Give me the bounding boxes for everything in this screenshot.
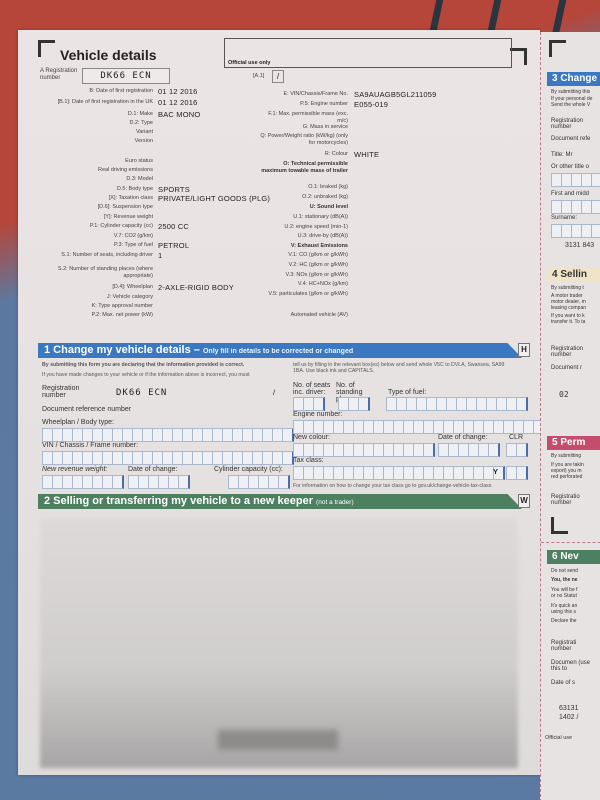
date-of-change-label: Date of change: — [128, 466, 177, 473]
field-label: [Y]: Revenue weight — [38, 214, 153, 221]
a1-value: / — [272, 70, 284, 83]
s6-docref-label: Documen (use this to — [551, 660, 600, 672]
s5-line: By submitting — [551, 453, 581, 459]
field-label: P.5: Engine number — [258, 101, 348, 108]
registration-label: A Registration number — [40, 68, 80, 81]
field-label: U.3: drive-by (dB(A)) — [258, 233, 348, 240]
s1-registration-value: DK66 ECN — [116, 388, 167, 398]
s3-docref-label: Document refe — [551, 136, 590, 142]
field-label: [D.4]: Wheelplan — [38, 284, 153, 291]
s3-other-title-label: Or other title o — [551, 164, 589, 170]
s6-official-use: Official use — [545, 735, 572, 741]
field-value: 2500 CC — [158, 222, 189, 231]
seats-label: No. of seats inc. driver: — [293, 382, 333, 396]
s1-registration-suffix: / — [273, 388, 275, 397]
s6-line: using this s — [551, 609, 576, 615]
s6-line: or no Statut — [551, 593, 577, 599]
s5-line: red perforated — [551, 474, 582, 480]
vin-label: VIN / Chassis / Frame number: — [42, 442, 138, 449]
field-label: B: Date of first registration — [38, 88, 153, 95]
field-label: V.4: HC+NOx (g/km) — [258, 281, 348, 288]
field-value: BAC MONO — [158, 110, 200, 119]
field-label: S.2: Number of standing places (where ap… — [38, 266, 153, 279]
fuel-input[interactable] — [386, 397, 528, 409]
field-label: D.1: Make — [38, 111, 153, 118]
registration-number: DK66 ECN — [82, 68, 170, 84]
s3-line: Send the whole V — [551, 102, 590, 108]
field-value: PRIVATE/LIGHT GOODS (PLG) — [158, 194, 270, 203]
field-label: Version — [38, 138, 153, 145]
field-value: 1 — [158, 251, 162, 260]
revenue-weight-input[interactable] — [42, 475, 124, 487]
colour-date-label: Date of change: — [438, 434, 487, 441]
field-label: V.1: CO (g/km or g/kWh) — [258, 252, 348, 259]
section-2-title: 2 Selling or transferring my vehicle to … — [44, 495, 313, 507]
corner-mark — [510, 48, 527, 65]
field-value: 01 12 2016 — [158, 98, 198, 107]
field-label: F.1: Max. permissible mass (exc. m/c) — [258, 111, 348, 124]
s6-line: You, the ne — [551, 577, 578, 583]
engine-number-label: Engine number: — [293, 411, 342, 418]
s6-code: 1402 / — [559, 714, 578, 721]
tax-class-extra-input[interactable] — [506, 466, 528, 478]
field-value: 2-AXLE-RIGID BODY — [158, 283, 234, 292]
s6-line: Do not send — [551, 568, 578, 574]
fuel-label: Type of fuel: — [388, 389, 426, 396]
standing-places-input[interactable] — [338, 397, 370, 409]
field-label: Real driving emissions — [38, 167, 153, 174]
field-label: Q: Power/Weight ratio (kW/kg) (only for … — [258, 133, 348, 146]
section-2-subtitle: (not a trader) — [316, 499, 354, 506]
instruction-text-b: tell us by filling in the relevant box(e… — [293, 362, 513, 374]
field-label: G: Mass in service — [258, 124, 348, 131]
field-label: V.3: NOx (g/km or g/kWh) — [258, 272, 348, 279]
s4-docref-label: Document r — [551, 365, 582, 371]
field-label: [D.6]: Suspension type — [38, 204, 153, 211]
field-label: V.7: CO2 (g/km) — [38, 233, 153, 240]
corner-mark — [549, 40, 566, 57]
section-6-header: 6 Nev — [547, 550, 600, 564]
corner-mark — [38, 40, 55, 57]
official-use-box: Official use only — [224, 38, 512, 68]
field-value: WHITE — [354, 150, 379, 159]
s4-line: transfer it. To ta — [551, 319, 585, 325]
s4-line: By submitting t — [551, 285, 584, 291]
s3-surname-label: Surname: — [551, 215, 577, 221]
section-3-header: 3 Change — [547, 72, 600, 86]
s3-first-name-label: First and midd — [551, 191, 589, 197]
adjacent-page: 3 Change By submitting this If your pers… — [540, 32, 600, 800]
tax-class-suffix: Y — [493, 467, 498, 476]
field-label: P.3: Type of fuel — [38, 242, 153, 249]
s4-code: 02 — [559, 390, 569, 399]
field-label: D.5: Body type — [38, 186, 153, 193]
field-label: V.2: HC (g/km or g/kWh) — [258, 262, 348, 269]
colour-date-input[interactable] — [438, 443, 500, 455]
field-label: V.5: particulates (g/km or g/kWh) — [258, 291, 348, 298]
declaration-text: By submitting this form you are declarin… — [42, 362, 244, 368]
cylinder-capacity-input[interactable] — [228, 475, 290, 487]
field-label: D.3: Model — [38, 176, 153, 183]
section-1-subtitle: Only fill in details to be corrected or … — [203, 348, 353, 355]
clr-input[interactable] — [506, 443, 528, 455]
new-colour-label: New colour: — [293, 434, 330, 441]
section-1-header: 1 Change my vehicle details – Only fill … — [38, 343, 522, 358]
clr-label: CLR — [509, 434, 523, 441]
field-label: P.1: Cylinder capacity (cc) — [38, 223, 153, 230]
date-of-change-input[interactable] — [128, 475, 190, 487]
tax-class-input[interactable] — [293, 466, 505, 478]
section-1-tag: H — [518, 343, 530, 357]
page-title: Vehicle details — [60, 47, 157, 63]
s1-registration-label: Registration number — [42, 385, 82, 399]
field-label: U: Sound level — [258, 204, 348, 211]
section-4-header: 4 Sellin — [547, 268, 600, 282]
s3-first-name-input[interactable] — [551, 200, 600, 212]
s6-code: 63131 — [559, 705, 578, 712]
field-label: K: Type approval number — [38, 303, 153, 310]
s3-registration-label: Registration number — [551, 118, 591, 130]
v5c-document-page: Vehicle details Official use only [A.1] … — [18, 30, 540, 775]
field-label: O.1: braked (kg) — [258, 184, 348, 191]
vin-input[interactable] — [42, 451, 294, 463]
field-label: O: Technical permissible maximum towable… — [258, 161, 348, 174]
instruction-text-a: If you have made changes to your vehicle… — [42, 372, 250, 378]
s4-registration-label: Registration number — [551, 346, 591, 358]
field-label: O.2: unbraked (kg) — [258, 194, 348, 201]
field-label: [B.1]: Date of first registration in the… — [38, 99, 153, 106]
section-1-title: 1 Change my vehicle details – — [44, 344, 200, 356]
s3-surname-input[interactable] — [551, 224, 600, 236]
field-value: PETROL — [158, 241, 189, 250]
field-label: P.2: Max. net power (kW) — [38, 312, 153, 319]
field-label: D.2: Type — [38, 120, 153, 127]
s6-date-label: Date of s — [551, 680, 575, 686]
revenue-weight-label: New revenue weight: — [42, 466, 107, 473]
s5-registration-label: Registratio number — [551, 494, 591, 506]
s3-other-title-input[interactable] — [551, 173, 600, 185]
field-label: E: VIN/Chassis/Frame No. — [258, 91, 348, 98]
official-use-label: Official use only — [228, 60, 270, 66]
corner-mark — [551, 517, 568, 534]
s3-line: By submitting this — [551, 89, 590, 95]
field-label: [X]: Taxation class — [38, 195, 153, 202]
new-colour-input[interactable] — [293, 443, 435, 455]
s3-title-label: Title: Mr — [551, 152, 572, 158]
tax-class-label: Tax class: — [293, 457, 324, 464]
field-label: U.1: stationary (dB(A)) — [258, 214, 348, 221]
field-value: SPORTS — [158, 185, 190, 194]
field-label: U.2: engine speed (min-1) — [258, 224, 348, 231]
field-label: Automated vehicle (AV) — [258, 312, 348, 319]
cylinder-capacity-label: Cylinder capacity (cc): — [214, 466, 283, 473]
field-value: E055-019 — [354, 100, 388, 109]
seats-input[interactable] — [293, 397, 325, 409]
field-label: S.1: Number of seats, including driver — [38, 252, 153, 259]
field-label: R: Colour — [258, 151, 348, 158]
s3-code: 3131 843 — [565, 242, 594, 249]
doc-ref-label: Document reference number — [42, 406, 131, 413]
field-value: SA9AUAGB5GL211059 — [354, 90, 436, 99]
wheelplan-label: Wheelplan / Body type: — [42, 419, 114, 426]
field-label: Variant — [38, 129, 153, 136]
redacted-strip — [218, 730, 338, 750]
field-label: Euro status — [38, 158, 153, 165]
s4-line: leasing compan — [551, 305, 586, 311]
field-label: J: Vehicle category — [38, 294, 153, 301]
section-2-tag: W — [518, 494, 530, 508]
field-label: V: Exhaust Emissions — [258, 243, 348, 250]
section-2-header: 2 Selling or transferring my vehicle to … — [38, 494, 522, 509]
s6-line: Declare the — [551, 618, 577, 624]
wheelplan-input[interactable] — [42, 428, 294, 440]
s6-registration-label: Registrati number — [551, 640, 591, 652]
engine-number-input[interactable] — [293, 420, 545, 432]
section-5-header: 5 Perm — [547, 436, 600, 450]
field-value: 01 12 2016 — [158, 87, 198, 96]
tax-class-info: For information on how to change your ta… — [293, 483, 491, 489]
a1-label: [A.1] — [253, 73, 264, 80]
